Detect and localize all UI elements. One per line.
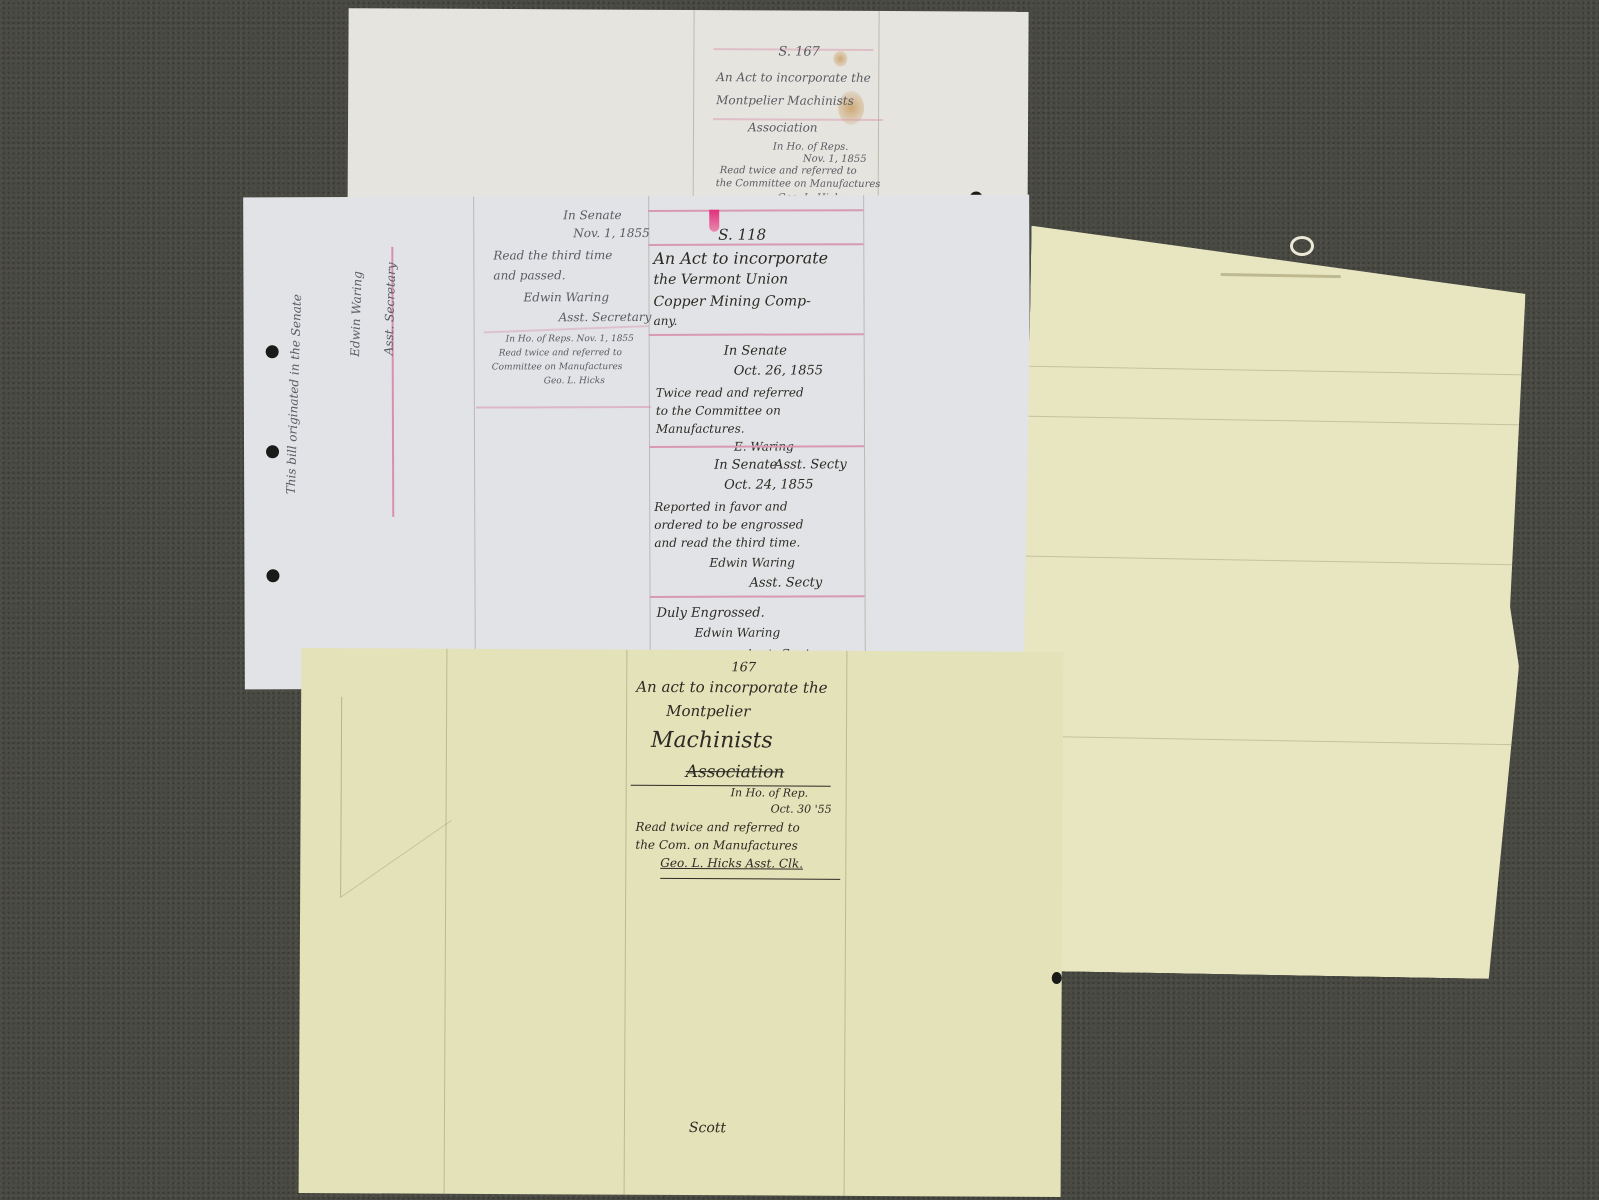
entry-line: In Senate	[563, 208, 621, 222]
entry-line: Read twice and referred to	[635, 820, 799, 835]
signature: Geo. L. Hicks	[544, 376, 605, 386]
entry-line: Manufactures.	[656, 422, 745, 436]
entry-line: Read twice and referred to	[499, 348, 622, 358]
bill-title-line: An act to incorporate the	[636, 678, 827, 697]
binding-stitch	[1221, 273, 1341, 278]
document-bottom-sheet: 167 An act to incorporate the Montpelier…	[299, 648, 1064, 1197]
vertical-note: Asst. Secretary	[381, 262, 398, 355]
bill-number: 167	[731, 660, 756, 675]
punch-hole	[266, 445, 279, 458]
bill-number: S. 167	[778, 44, 820, 59]
entry-line: the Com. on Manufactures	[635, 838, 797, 853]
entry-line: Duly Engrossed.	[657, 606, 765, 621]
thread-loop	[1290, 236, 1314, 256]
entry-line: and passed.	[493, 268, 565, 282]
bill-title-line: Montpelier Machinists	[716, 93, 854, 108]
entry-line: ordered to be engrossed	[654, 517, 803, 532]
entry-line: Oct. 30 '55	[771, 802, 832, 815]
bill-title-line: Machinists	[651, 728, 773, 754]
document-right-sheet	[1019, 226, 1527, 980]
entry-line: and read the third time.	[654, 535, 800, 550]
entry-line: Read twice and referred to	[720, 165, 857, 177]
signature-title: Asst. Secty	[749, 575, 822, 590]
entry-line: Reported in favor and	[654, 499, 787, 513]
punch-hole	[266, 569, 279, 582]
entry-line: In Ho. of Rep.	[731, 786, 809, 799]
entry-line: Oct. 24, 1855	[724, 477, 813, 492]
bill-title-line: Association	[686, 762, 785, 783]
bill-number: S. 118	[718, 226, 766, 244]
signature: Edwin Waring	[695, 626, 781, 640]
folded-corner	[340, 620, 452, 898]
signature: Geo. L. Hicks Asst. Clk.	[660, 856, 803, 871]
bill-title-line: Montpelier	[666, 702, 750, 720]
entry-line: Nov. 1, 1855	[573, 226, 650, 240]
signature: Edwin Waring	[709, 555, 795, 569]
document-middle-sheet: This bill originated in the Senate Edwin…	[243, 195, 1031, 690]
signature: Edwin Waring	[523, 290, 609, 304]
entry-line: In Ho. of Reps. Nov. 1, 1855	[506, 334, 634, 344]
bill-title-line: any.	[654, 314, 678, 328]
punch-hole	[266, 345, 279, 358]
entry-line: Committee on Manufactures	[492, 362, 623, 372]
vertical-note: This bill originated in the Senate	[284, 294, 304, 494]
entry-line: In Ho. of Reps.	[773, 141, 849, 152]
signature-title: Asst. Secretary	[559, 310, 652, 324]
entry-line: Read the third time	[493, 248, 612, 262]
vertical-note: Edwin Waring	[348, 271, 365, 357]
signature-title: Asst. Secty	[774, 457, 847, 472]
punch-hole	[1052, 972, 1062, 984]
rust-stain	[833, 51, 847, 67]
entry-line: to the Committee on	[656, 403, 781, 417]
bill-title-line: An Act to incorporate the	[716, 70, 871, 85]
bill-title-line: the Vermont Union	[653, 271, 788, 287]
entry-line: In Senate	[714, 458, 777, 473]
entry-line: the Committee on Manufactures	[716, 178, 881, 190]
entry-line: Oct. 26, 1855	[734, 363, 823, 378]
bill-title-line: An Act to incorporate	[653, 248, 828, 268]
bill-title-line: Copper Mining Comp-	[653, 293, 810, 310]
entry-line: In Senate	[724, 343, 787, 358]
footer-note: Scott	[689, 1120, 726, 1136]
entry-line: Twice read and referred	[656, 385, 804, 400]
entry-line: Nov. 1, 1855	[803, 154, 867, 165]
bill-title-line: Association	[748, 120, 818, 134]
